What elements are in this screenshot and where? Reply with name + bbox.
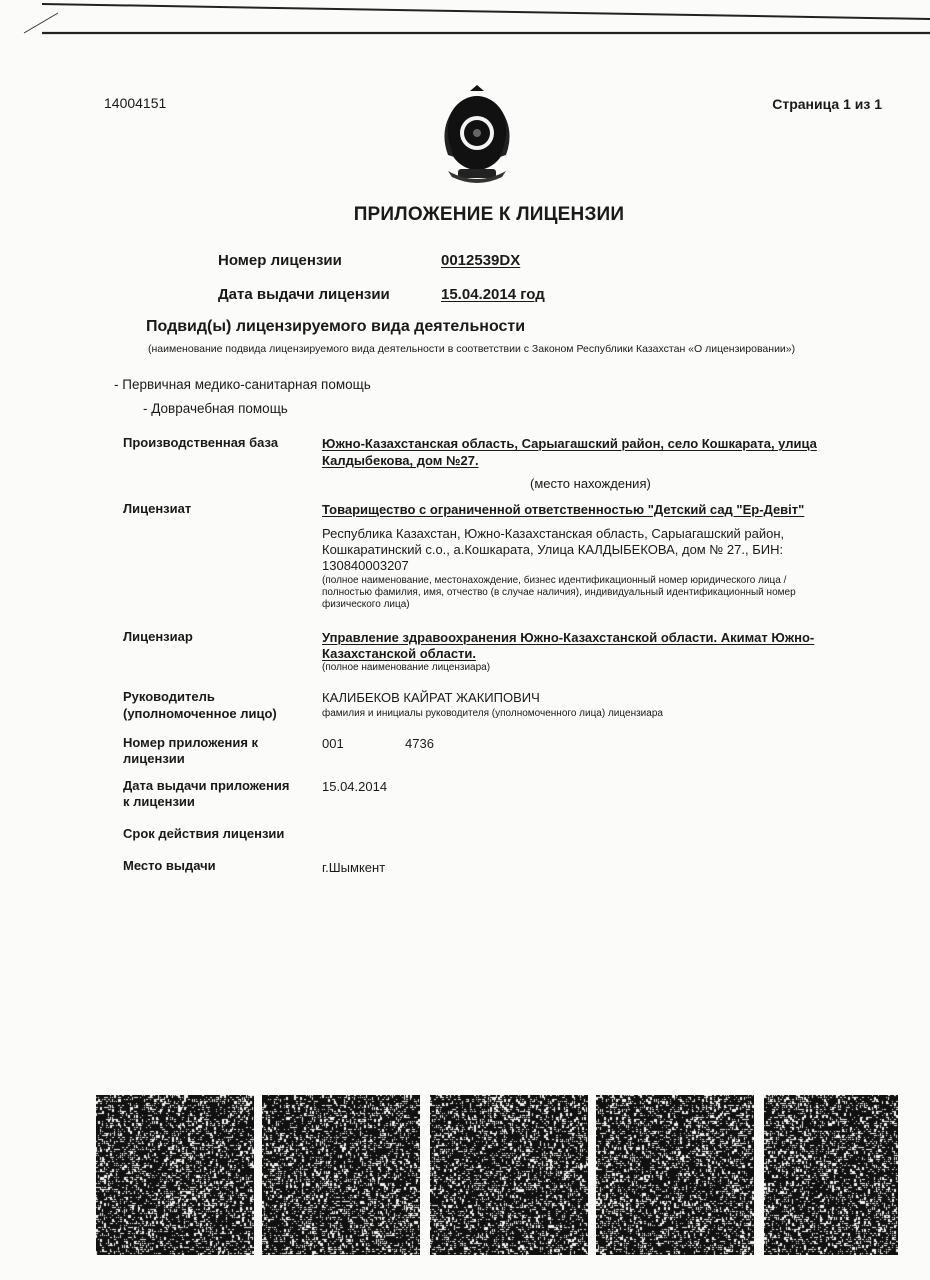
activity-item: - Первичная медико-санитарная помощь	[114, 377, 371, 392]
production-base-value-line2: Калдыбекова, дом №27.	[322, 453, 479, 469]
production-base-label: Производственная база	[123, 435, 278, 451]
licensor-value-line1: Управление здравоохранения Южно-Казахста…	[322, 630, 814, 646]
licensor-note: (полное наименование лицензиара)	[322, 662, 490, 675]
document-id: 14004151	[104, 95, 166, 111]
security-barcode	[596, 1095, 754, 1255]
document-title: ПРИЛОЖЕНИЕ К ЛИЦЕНЗИИ	[0, 204, 930, 226]
licensee-label: Лицензиат	[123, 501, 191, 517]
appendix-number-label-line1: Номер приложения к	[123, 735, 258, 751]
licensee-note-line2: полностью фамилия, имя, отчество (в случ…	[322, 587, 796, 600]
production-base-note: (место нахождения)	[530, 476, 651, 492]
subtypes-heading: Подвид(ы) лицензируемого вида деятельнос…	[146, 318, 525, 336]
security-barcode	[430, 1095, 588, 1255]
state-emblem-icon	[440, 85, 514, 185]
head-label-line2: (уполномоченное лицо)	[123, 706, 277, 722]
activity-subitem: - Доврачебная помощь	[143, 401, 288, 416]
license-date-label: Дата выдачи лицензии	[218, 286, 390, 303]
appendix-date-label-line1: Дата выдачи приложения	[123, 778, 289, 794]
head-label-line1: Руководитель	[123, 689, 215, 705]
scan-border-lines	[0, 0, 930, 60]
licensee-name: Товарищество с ограниченной ответственно…	[322, 502, 804, 518]
validity-label: Срок действия лицензии	[123, 826, 284, 842]
licensee-note-line1: (полное наименование, местонахождение, б…	[322, 575, 786, 588]
head-value: КАЛИБЕКОВ КАЙРАТ ЖАКИПОВИЧ	[322, 690, 540, 706]
appendix-serial-value: 4736	[405, 736, 434, 752]
head-note: фамилия и инициалы руководителя (уполном…	[322, 708, 663, 721]
security-barcodes	[96, 1095, 902, 1265]
licensor-value-line2: Казахстанской области.	[322, 646, 476, 662]
licensor-label: Лицензиар	[123, 629, 193, 645]
licensee-bin: 130840003207	[322, 558, 409, 574]
subtypes-note: (наименование подвида лицензируемого вид…	[148, 343, 795, 355]
issue-place-label: Место выдачи	[123, 858, 216, 874]
production-base-value-line1: Южно-Казахстанская область, Сарыагашский…	[322, 436, 817, 452]
licensee-address-line2: Кошкаратинский с.о., а.Кошкарата, Улица …	[322, 542, 783, 558]
license-number-value: 0012539DX	[441, 252, 520, 269]
security-barcode	[262, 1095, 420, 1255]
license-date-value: 15.04.2014 год	[441, 286, 545, 303]
appendix-number-label-line2: лицензии	[123, 751, 185, 767]
licensee-note-line3: физического лица)	[322, 599, 410, 612]
licensee-address-line1: Республика Казахстан, Южно-Казахстанская…	[322, 526, 784, 542]
security-barcode	[764, 1095, 898, 1255]
issue-place-value: г.Шымкент	[322, 860, 385, 876]
security-barcode	[96, 1095, 254, 1255]
page-indicator: Страница 1 из 1	[772, 96, 882, 112]
license-number-label: Номер лицензии	[218, 252, 342, 269]
appendix-date-value: 15.04.2014	[322, 779, 387, 795]
appendix-number-value: 001	[322, 736, 344, 752]
appendix-date-label-line2: к лицензии	[123, 794, 195, 810]
